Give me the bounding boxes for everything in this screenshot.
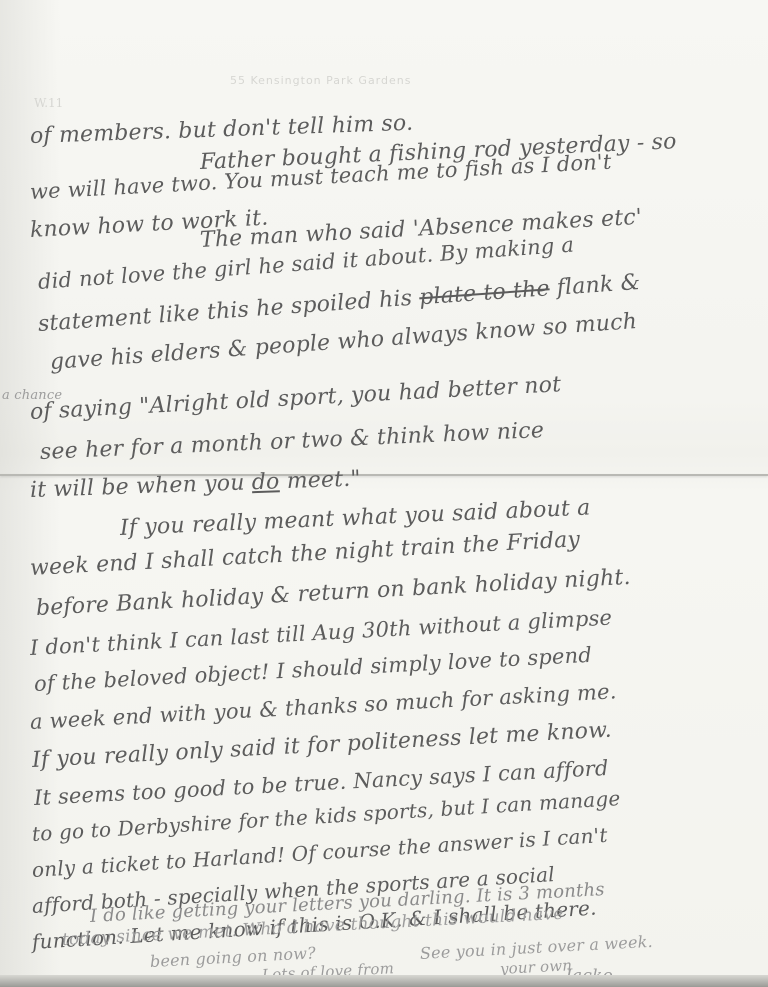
letterhead-address: 55 Kensington Park Gardens: [230, 74, 411, 87]
letter-line: see her for a month or two & think how n…: [39, 418, 544, 465]
page-bottom-edge: [0, 975, 768, 987]
letter-line: it will be when you do meet.": [30, 466, 362, 503]
struck-text: plate to the: [418, 276, 550, 310]
letter-page: 55 Kensington Park Gardens W.11 of membe…: [0, 0, 768, 987]
letter-text: flank &: [556, 270, 641, 301]
letter-line: of saying "Alright old sport, you had be…: [29, 372, 561, 425]
letterhead-district: W.11: [34, 96, 63, 110]
underlined-text: do: [251, 469, 280, 495]
letter-text: meet.": [286, 466, 361, 494]
